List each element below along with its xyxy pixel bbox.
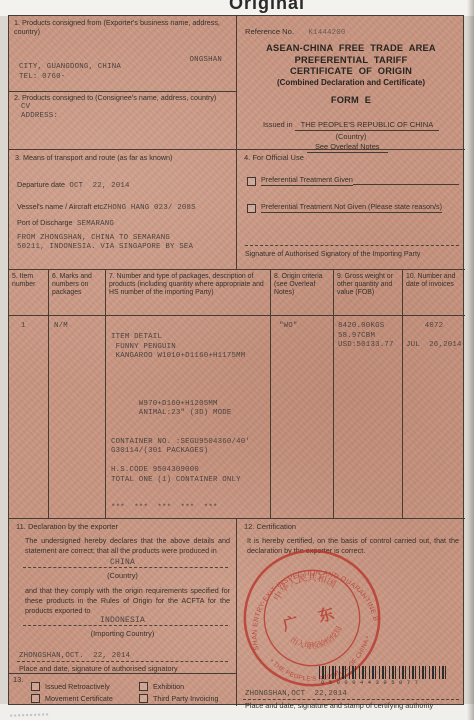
produced-in-country: CHINA (9, 558, 236, 567)
box13-number: 13. (13, 676, 23, 685)
issued-in-label: Issued in (263, 120, 293, 129)
header-invoices: 10. Number and date of invoices (403, 270, 465, 315)
third-party-invoicing-label: Third Party Invoicing (153, 694, 219, 703)
exporter-city: CITY, GUANGDONG, CHINA (19, 63, 121, 71)
importing-country-caption: (Importing Country) (9, 629, 236, 638)
importing-country-value: INDONESIA (9, 616, 236, 625)
importer-signature-line (245, 245, 459, 246)
third-party-invoicing-checkbox (139, 694, 148, 703)
weight-lines: 8420.00KGS58.97CBMUSD:50133.77 (338, 322, 394, 351)
preferential-given-checkbox (247, 177, 256, 186)
box12-label: 12. Certification (244, 523, 458, 532)
country-dashed-line (23, 567, 228, 568)
header-marks: 6. Marks and numbers on packages (49, 270, 106, 315)
exhibition-checkbox (139, 682, 148, 691)
title-line2: PREFERENTIAL TARIFF (237, 55, 465, 67)
reference-value: K1444200 (308, 29, 345, 37)
departure-date-label: Departure date (17, 180, 65, 189)
box13-checkboxes: 13. Issued Retroactively Exhibition Move… (9, 673, 237, 706)
certifying-signature-line (243, 699, 459, 700)
box2-label: 2. Products consigned to (Consignee's na… (14, 94, 231, 103)
box4-official-use: 4. For Official Use Preferential Treatme… (237, 149, 465, 269)
exporter-signature-line (17, 661, 228, 662)
cell-invoices: 4072 JUL 26,2014 (403, 315, 465, 519)
invoice-number: 4072 (403, 322, 465, 330)
header-item-number: 5. Item number (9, 270, 49, 315)
box11-declaration: 11. Declaration by the exporter The unde… (9, 518, 237, 673)
departure-date-value: OCT 22, 2014 (69, 182, 129, 190)
header-origin-criteria: 8. Origin criteria (see Overleaf Notes) (271, 270, 334, 315)
page-edge-shadow (467, 0, 474, 720)
item-number-value: 1 (21, 322, 26, 330)
exhibition-label: Exhibition (153, 682, 184, 691)
certificate-barcode (319, 666, 446, 679)
exporter-signature-caption: Place and date, signature of authorised … (19, 664, 178, 673)
form-e-label: FORM E (237, 95, 465, 107)
reference-label: Reference No. (245, 27, 294, 36)
box3-label: 3. Means of transport and route (as far … (15, 154, 230, 163)
declaration-para2: and that they comply with the origin req… (25, 586, 230, 615)
country-caption: (Country) (9, 571, 236, 580)
marks-value: N/M (54, 322, 68, 330)
declaration-para1: The undersigned hereby declares that the… (25, 536, 230, 556)
title-line1: ASEAN-CHINA FREE TRADE AREA (237, 43, 465, 55)
title-line4: (Combined Declaration and Certificate) (237, 78, 465, 87)
box11-label: 11. Declaration by the exporter (16, 523, 229, 532)
description-lines: ITEM DETAIL FUNNY PENGUIN KANGAROO W1010… (111, 333, 268, 514)
exporter-tel: TEL: 0760- (19, 73, 65, 81)
vessel-value: ZHONG HANG 023/ 208S (103, 204, 196, 212)
box1-exporter: 1. Products consigned from (Exporter's b… (9, 16, 237, 91)
exporter-place-date: ZHONGSHAN,OCT. 22, 2014 (19, 652, 130, 660)
movement-certificate-label: Movement Certificate (45, 694, 113, 703)
vessel-label: Vessel's name / Aircraft etc (17, 202, 103, 211)
certifying-place-date: ZHONGSHAN,OCT 22,2014 (245, 690, 347, 698)
header-description: 7. Number and type of packages, descript… (106, 270, 271, 315)
issued-retroactively-label: Issued Retroactively (45, 682, 110, 691)
box4-label: 4. For Official Use (244, 154, 458, 163)
movement-certificate-checkbox (31, 694, 40, 703)
exporter-name-fragment: ONGSHAN (190, 56, 222, 64)
issued-retroactively-checkbox (31, 682, 40, 691)
box12-certification: 12. Certification It is hereby certified… (237, 518, 465, 706)
cell-origin-criteria: "WO" (271, 315, 334, 519)
origin-criteria-value: "WO" (279, 322, 298, 330)
certifying-signature-caption: Place and date, signature and stamp of c… (245, 701, 433, 710)
copy-type-label: Original (212, 0, 322, 14)
preferential-given-label: Preferential Treatment Given (261, 175, 353, 186)
issued-in-value: THE PEOPLE'S REPUBLIC OF CHINA (295, 120, 440, 131)
cell-gross-weight: 8420.00KGS58.97CBMUSD:50133.77 (334, 315, 403, 519)
reference-title-block: Reference No. K1444200 ASEAN-CHINA FREE … (237, 16, 465, 149)
importing-country-dashed-line (23, 625, 228, 626)
port-discharge-label: Port of Discharge (17, 218, 73, 227)
title-line3: CERTIFICATE OF ORIGIN (237, 66, 465, 78)
preferential-not-given-checkbox (247, 204, 256, 213)
preferential-given-line (353, 184, 459, 185)
barcode-digits: 0500044395077 (321, 679, 422, 686)
box2-consignee: 2. Products consigned to (Consignee's na… (9, 91, 237, 149)
certificate-form: 1. Products consigned from (Exporter's b… (8, 15, 464, 705)
importer-signature-caption: Signature of Authorised Signatory of the… (245, 250, 463, 258)
invoice-date: JUL 26,2014 (406, 341, 462, 349)
port-discharge-value: SEMARANG (77, 220, 114, 228)
consignee-line1: CV (21, 103, 30, 111)
consignee-line2: ADDRESS: (21, 112, 58, 120)
route-line2: 50211, INDONESIA. VIA SINGAPORE BY SEA (17, 243, 193, 251)
box3-transport: 3. Means of transport and route (as far … (9, 149, 237, 269)
cell-marks: N/M (49, 315, 106, 519)
route-line1: FROM ZHONGSHAN, CHINA TO SEMARANG (17, 234, 170, 242)
box1-label: 1. Products consigned from (Exporter's b… (14, 19, 231, 36)
header-gross-weight: 9. Gross weight or other quantity and va… (334, 270, 403, 315)
cell-description: ITEM DETAIL FUNNY PENGUIN KANGAROO W1010… (106, 315, 271, 519)
handwritten-mark (10, 705, 48, 716)
preferential-not-given-label: Preferential Treatment Not Given (Please… (261, 202, 442, 213)
cell-item-number: 1 (9, 315, 49, 519)
goods-table: 5. Item number 6. Marks and numbers on p… (9, 269, 465, 518)
issued-in-caption: (Country) (237, 132, 465, 141)
